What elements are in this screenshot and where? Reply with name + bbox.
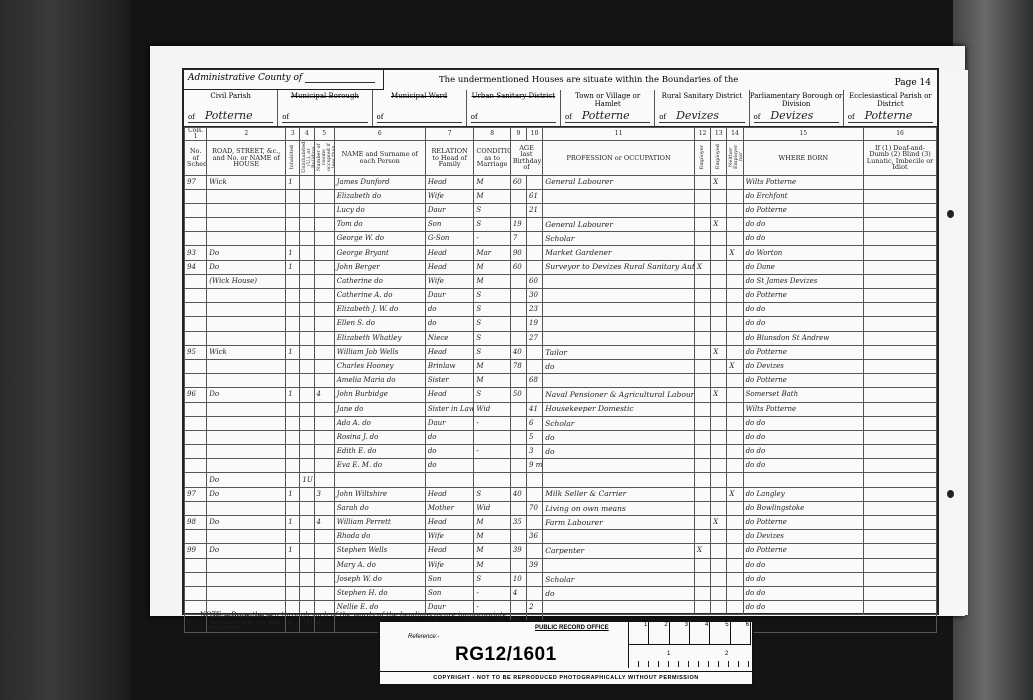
age-female bbox=[527, 572, 543, 586]
condition: Wid bbox=[474, 402, 510, 416]
district-value: of bbox=[377, 109, 462, 123]
age-female: 70 bbox=[527, 501, 543, 515]
neither bbox=[727, 260, 743, 274]
employed: X bbox=[711, 516, 727, 530]
infirmity bbox=[864, 430, 937, 444]
employer: X bbox=[695, 260, 711, 274]
reference-code: RG12/1601 bbox=[455, 644, 557, 666]
table-row: Stephen H. doSon-4dodo do bbox=[185, 586, 937, 600]
age-female bbox=[527, 260, 543, 274]
schedule-no bbox=[185, 430, 207, 444]
schedule-no: 93 bbox=[185, 246, 207, 260]
person-name: James Dunford bbox=[334, 175, 425, 189]
relation bbox=[425, 473, 474, 487]
schedule-no bbox=[185, 189, 207, 203]
age-male: 39 bbox=[510, 544, 526, 558]
where-born: do St James Devizes bbox=[743, 274, 863, 288]
rooms bbox=[314, 232, 334, 246]
neither bbox=[727, 558, 743, 572]
schedule-no bbox=[185, 203, 207, 217]
where-born: do Potterne bbox=[743, 544, 863, 558]
infirmity bbox=[864, 331, 937, 345]
condition: S bbox=[474, 218, 510, 232]
schedule-no bbox=[185, 359, 207, 373]
employed bbox=[711, 501, 727, 515]
copyright-notice: COPYRIGHT - NOT TO BE REPRODUCED PHOTOGR… bbox=[380, 671, 752, 684]
schedule-no bbox=[185, 402, 207, 416]
inhabited bbox=[286, 501, 300, 515]
rooms bbox=[314, 303, 334, 317]
inhabited: 1 bbox=[286, 516, 300, 530]
relation: Head bbox=[425, 487, 474, 501]
column-number: 6 bbox=[334, 128, 425, 141]
reference-card: PUBLIC RECORD OFFICE Reference:- RG12/16… bbox=[378, 620, 754, 686]
road-house bbox=[207, 359, 286, 373]
ruler-ticks: 1 2 bbox=[629, 645, 751, 667]
column-number: 14 bbox=[727, 128, 743, 141]
table-row: Tom doSonS19General LabourerXdo do bbox=[185, 218, 937, 232]
relation: G-Son bbox=[425, 232, 474, 246]
rooms bbox=[314, 345, 334, 359]
employer bbox=[695, 189, 711, 203]
road-house bbox=[207, 317, 286, 331]
where-born: do Worton bbox=[743, 246, 863, 260]
condition: M bbox=[474, 516, 510, 530]
header-relation: RELATION to Head of Family bbox=[425, 141, 474, 176]
rooms: 4 bbox=[314, 516, 334, 530]
inhabited bbox=[286, 331, 300, 345]
condition: - bbox=[474, 445, 510, 459]
age-male: 78 bbox=[510, 359, 526, 373]
table-row: Elizabeth J. W. dodoS23do do bbox=[185, 303, 937, 317]
occupation bbox=[543, 289, 695, 303]
person-name: Stephen Wells bbox=[334, 544, 425, 558]
column-number: 9 bbox=[510, 128, 526, 141]
column-number-row: Cols. 12345678910111213141516 bbox=[185, 128, 937, 141]
relation: Niece bbox=[425, 331, 474, 345]
where-born: do do bbox=[743, 586, 863, 600]
condition: S bbox=[474, 317, 510, 331]
inhabited bbox=[286, 445, 300, 459]
person-name: Tom do bbox=[334, 218, 425, 232]
infirmity bbox=[864, 218, 937, 232]
inhabited bbox=[286, 416, 300, 430]
age-female bbox=[527, 516, 543, 530]
uninhabited bbox=[300, 530, 314, 544]
age-male bbox=[510, 445, 526, 459]
occupation: Naval Pensioner & Agricultural Labourer bbox=[543, 388, 695, 402]
neither: X bbox=[727, 487, 743, 501]
occupation bbox=[543, 274, 695, 288]
road-house bbox=[207, 189, 286, 203]
inhabited bbox=[286, 274, 300, 288]
road-house bbox=[207, 558, 286, 572]
condition: M bbox=[474, 260, 510, 274]
person-name: Sarah do bbox=[334, 501, 425, 515]
employed bbox=[711, 572, 727, 586]
neither bbox=[727, 374, 743, 388]
district-value: of bbox=[471, 109, 556, 123]
condition: M bbox=[474, 530, 510, 544]
uninhabited bbox=[300, 402, 314, 416]
uninhabited bbox=[300, 359, 314, 373]
road-house bbox=[207, 218, 286, 232]
table-row: 98Do14William PerrettHeadM35Farm Laboure… bbox=[185, 516, 937, 530]
person-name: Elizabeth do bbox=[334, 189, 425, 203]
where-born: Wilts Potterne bbox=[743, 402, 863, 416]
uninhabited bbox=[300, 289, 314, 303]
age-male: 50 bbox=[510, 388, 526, 402]
where-born: do do bbox=[743, 218, 863, 232]
road-house bbox=[207, 331, 286, 345]
uninhabited bbox=[300, 544, 314, 558]
header-name: NAME and Surname of each Person bbox=[334, 141, 425, 176]
where-born: do Potterne bbox=[743, 374, 863, 388]
infirmity bbox=[864, 175, 937, 189]
condition: M bbox=[474, 274, 510, 288]
condition: M bbox=[474, 359, 510, 373]
relation: Daur bbox=[425, 289, 474, 303]
district-5: Rural Sanitary DistrictofDevizes bbox=[655, 90, 749, 126]
employed bbox=[711, 459, 727, 473]
uninhabited bbox=[300, 388, 314, 402]
header-employer: Employer bbox=[695, 141, 711, 176]
uninhabited bbox=[300, 430, 314, 444]
neither bbox=[727, 331, 743, 345]
binding-hole bbox=[947, 490, 954, 498]
inhabited bbox=[286, 558, 300, 572]
age-female bbox=[527, 544, 543, 558]
neither bbox=[727, 459, 743, 473]
column-number: 10 bbox=[527, 128, 543, 141]
admin-county-label: Administrative County of bbox=[188, 73, 302, 83]
person-name: George W. do bbox=[334, 232, 425, 246]
schedule-no bbox=[185, 558, 207, 572]
relation: do bbox=[425, 445, 474, 459]
district-value: ofDevizes bbox=[659, 109, 744, 123]
occupation: Carpenter bbox=[543, 544, 695, 558]
road-house bbox=[207, 445, 286, 459]
condition: S bbox=[474, 388, 510, 402]
employed bbox=[711, 260, 727, 274]
employer bbox=[695, 501, 711, 515]
table-row: Edith E. dodo-3dodo do bbox=[185, 445, 937, 459]
neither bbox=[727, 402, 743, 416]
employed: X bbox=[711, 345, 727, 359]
age-female bbox=[527, 487, 543, 501]
condition: M bbox=[474, 189, 510, 203]
relation: Son bbox=[425, 218, 474, 232]
age-female: 6 bbox=[527, 416, 543, 430]
neither bbox=[727, 430, 743, 444]
condition: - bbox=[474, 416, 510, 430]
employed bbox=[711, 246, 727, 260]
scan-background-left bbox=[0, 0, 130, 700]
relation: Brinlaw bbox=[425, 359, 474, 373]
rooms: 3 bbox=[314, 487, 334, 501]
table-row: Amelia Maria doSisterM68do Potterne bbox=[185, 374, 937, 388]
employed bbox=[711, 232, 727, 246]
admin-county-value bbox=[305, 74, 375, 83]
age-female bbox=[527, 345, 543, 359]
district-label: Town or Village or Hamlet bbox=[561, 92, 654, 108]
road-house bbox=[207, 530, 286, 544]
person-name: Eva E. M. do bbox=[334, 459, 425, 473]
column-number: 16 bbox=[864, 128, 937, 141]
district-label: Rural Sanitary District bbox=[655, 92, 748, 100]
infirmity bbox=[864, 501, 937, 515]
occupation: Scholar bbox=[543, 572, 695, 586]
employed bbox=[711, 189, 727, 203]
rooms bbox=[314, 203, 334, 217]
employer bbox=[695, 530, 711, 544]
employer bbox=[695, 487, 711, 501]
employer bbox=[695, 459, 711, 473]
table-row: (Wick House)Catherine doWifeM60do St Jam… bbox=[185, 274, 937, 288]
age-male: 40 bbox=[510, 345, 526, 359]
infirmity bbox=[864, 374, 937, 388]
admin-county-box: Administrative County of bbox=[184, 70, 384, 90]
neither bbox=[727, 416, 743, 430]
employed: X bbox=[711, 218, 727, 232]
schedule-no bbox=[185, 459, 207, 473]
inhabited bbox=[286, 203, 300, 217]
rooms bbox=[314, 572, 334, 586]
neither bbox=[727, 175, 743, 189]
age-male bbox=[510, 501, 526, 515]
district-7: Ecclesiastical Parish or DistrictofPotte… bbox=[844, 90, 937, 126]
where-born: do do bbox=[743, 303, 863, 317]
inhabited bbox=[286, 218, 300, 232]
ruler-mark: 1 bbox=[629, 622, 649, 644]
header-inhabited: Inhabited bbox=[286, 141, 300, 176]
condition: S bbox=[474, 289, 510, 303]
road-house: Do bbox=[207, 388, 286, 402]
condition: Wid bbox=[474, 501, 510, 515]
condition: M bbox=[474, 544, 510, 558]
age-male bbox=[510, 530, 526, 544]
table-row: Charles HooneyBrinlawM78doXdo Devizes bbox=[185, 359, 937, 373]
table-row: 96Do14John BurbidgeHeadS50Naval Pensione… bbox=[185, 388, 937, 402]
where-born: do Potterne bbox=[743, 345, 863, 359]
employer bbox=[695, 558, 711, 572]
page-number: Page 14 bbox=[895, 78, 931, 88]
condition: - bbox=[474, 232, 510, 246]
rooms bbox=[314, 558, 334, 572]
header-born: WHERE BORN bbox=[743, 141, 863, 176]
district-headers: Civil ParishofPotterneMunicipal Borougho… bbox=[184, 90, 937, 128]
infirmity bbox=[864, 359, 937, 373]
road-house bbox=[207, 586, 286, 600]
table-row: 97Wick1James DunfordHeadM60General Labou… bbox=[185, 175, 937, 189]
employer bbox=[695, 246, 711, 260]
infirmity bbox=[864, 445, 937, 459]
inhabited bbox=[286, 459, 300, 473]
rooms bbox=[314, 459, 334, 473]
where-born: do Blunsdon St Andrew bbox=[743, 331, 863, 345]
inhabited bbox=[286, 359, 300, 373]
uninhabited bbox=[300, 445, 314, 459]
inhabited bbox=[286, 473, 300, 487]
neither bbox=[727, 303, 743, 317]
infirmity bbox=[864, 601, 937, 615]
age-male bbox=[510, 601, 526, 615]
district-3: Urban Sanitary Districtof bbox=[467, 90, 561, 126]
table-row: 95Wick1William Job WellsHeadS40TailorXdo… bbox=[185, 345, 937, 359]
employed bbox=[711, 331, 727, 345]
district-4: Town or Village or HamletofPotterne bbox=[561, 90, 655, 126]
employer bbox=[695, 274, 711, 288]
inhabited bbox=[286, 189, 300, 203]
age-male: 60 bbox=[510, 175, 526, 189]
neither bbox=[727, 388, 743, 402]
uninhabited bbox=[300, 459, 314, 473]
table-row: 93Do1George BryantHeadMar90Market Garden… bbox=[185, 246, 937, 260]
column-number: 7 bbox=[425, 128, 474, 141]
neither bbox=[727, 317, 743, 331]
table-row: Joseph W. doSonS10Scholardo do bbox=[185, 572, 937, 586]
neither bbox=[727, 274, 743, 288]
infirmity bbox=[864, 544, 937, 558]
occupation: Scholar bbox=[543, 416, 695, 430]
employed bbox=[711, 374, 727, 388]
district-value: ofPotterne bbox=[565, 109, 650, 123]
road-house: Do bbox=[207, 516, 286, 530]
neither bbox=[727, 189, 743, 203]
column-number: 4 bbox=[300, 128, 314, 141]
ruler-mark: 4 bbox=[690, 622, 710, 644]
employed bbox=[711, 473, 727, 487]
employer bbox=[695, 218, 711, 232]
district-label: Urban Sanitary District bbox=[467, 92, 560, 100]
district-label: Municipal Ward bbox=[373, 92, 466, 100]
person-name: Ada A. do bbox=[334, 416, 425, 430]
occupation bbox=[543, 303, 695, 317]
occupation: Living on own means bbox=[543, 501, 695, 515]
district-2: Municipal Wardof bbox=[373, 90, 467, 126]
uninhabited bbox=[300, 516, 314, 530]
infirmity bbox=[864, 558, 937, 572]
uninhabited bbox=[300, 572, 314, 586]
condition: - bbox=[474, 586, 510, 600]
relation: Head bbox=[425, 544, 474, 558]
occupation bbox=[543, 459, 695, 473]
occupation: General Labourer bbox=[543, 175, 695, 189]
employed: X bbox=[711, 175, 727, 189]
inhabited bbox=[286, 374, 300, 388]
employer bbox=[695, 416, 711, 430]
person-name: Joseph W. do bbox=[334, 572, 425, 586]
schedule-no bbox=[185, 416, 207, 430]
infirmity bbox=[864, 345, 937, 359]
relation: Head bbox=[425, 246, 474, 260]
employer bbox=[695, 516, 711, 530]
district-value: ofPotterne bbox=[188, 109, 273, 123]
where-born: do Devizes bbox=[743, 530, 863, 544]
infirmity bbox=[864, 487, 937, 501]
employed bbox=[711, 274, 727, 288]
schedule-no bbox=[185, 218, 207, 232]
ruler-mark: 5 bbox=[710, 622, 730, 644]
inhabited: 1 bbox=[286, 388, 300, 402]
age-female bbox=[527, 232, 543, 246]
infirmity bbox=[864, 317, 937, 331]
age-female: 19 bbox=[527, 317, 543, 331]
age-female: 2 bbox=[527, 601, 543, 615]
rooms bbox=[314, 189, 334, 203]
rooms bbox=[314, 317, 334, 331]
condition: S bbox=[474, 487, 510, 501]
rooms bbox=[314, 544, 334, 558]
column-number: Cols. 1 bbox=[185, 128, 207, 141]
condition: M bbox=[474, 374, 510, 388]
table-row: Ellen S. dodoS19do do bbox=[185, 317, 937, 331]
person-name: John Burbidge bbox=[334, 388, 425, 402]
relation: Daur bbox=[425, 203, 474, 217]
schedule-no bbox=[185, 530, 207, 544]
condition: S bbox=[474, 572, 510, 586]
uninhabited bbox=[300, 501, 314, 515]
district-1: Municipal Boroughof bbox=[278, 90, 372, 126]
age-male bbox=[510, 459, 526, 473]
uninhabited bbox=[300, 317, 314, 331]
person-name: Jane do bbox=[334, 402, 425, 416]
employer bbox=[695, 359, 711, 373]
employed bbox=[711, 359, 727, 373]
road-house: Wick bbox=[207, 175, 286, 189]
employed bbox=[711, 416, 727, 430]
person-name: Lucy do bbox=[334, 203, 425, 217]
person-name: Edith E. do bbox=[334, 445, 425, 459]
schedule-no: 96 bbox=[185, 388, 207, 402]
neither bbox=[727, 572, 743, 586]
district-label: Municipal Borough bbox=[278, 92, 371, 100]
inhabited: 1 bbox=[286, 246, 300, 260]
occupation bbox=[543, 473, 695, 487]
column-number: 15 bbox=[743, 128, 863, 141]
table-row: Rhoda doWifeM36do Devizes bbox=[185, 530, 937, 544]
age-male: 90 bbox=[510, 246, 526, 260]
table-row: 97Do13John WiltshireHeadS40Milk Seller &… bbox=[185, 487, 937, 501]
rooms bbox=[314, 331, 334, 345]
schedule-no bbox=[185, 289, 207, 303]
employed bbox=[711, 289, 727, 303]
road-house: Do bbox=[207, 260, 286, 274]
uninhabited bbox=[300, 558, 314, 572]
age-female: 68 bbox=[527, 374, 543, 388]
relation: Wife bbox=[425, 530, 474, 544]
inhabited bbox=[286, 232, 300, 246]
inhabited bbox=[286, 317, 300, 331]
table-row: Sarah doMotherWid70Living on own meansdo… bbox=[185, 501, 937, 515]
schedule-no: 97 bbox=[185, 487, 207, 501]
infirmity bbox=[864, 388, 937, 402]
header-age: AGE last Birthday of bbox=[510, 141, 542, 176]
relation: do bbox=[425, 430, 474, 444]
occupation bbox=[543, 374, 695, 388]
age-female bbox=[527, 218, 543, 232]
district-value: of bbox=[282, 109, 367, 123]
age-male bbox=[510, 317, 526, 331]
neither bbox=[727, 544, 743, 558]
age-female: 61 bbox=[527, 189, 543, 203]
occupation bbox=[543, 189, 695, 203]
rooms bbox=[314, 289, 334, 303]
schedule-no: 97 bbox=[185, 175, 207, 189]
district-0: Civil ParishofPotterne bbox=[184, 90, 278, 126]
person-name: William Job Wells bbox=[334, 345, 425, 359]
where-born: do do bbox=[743, 430, 863, 444]
